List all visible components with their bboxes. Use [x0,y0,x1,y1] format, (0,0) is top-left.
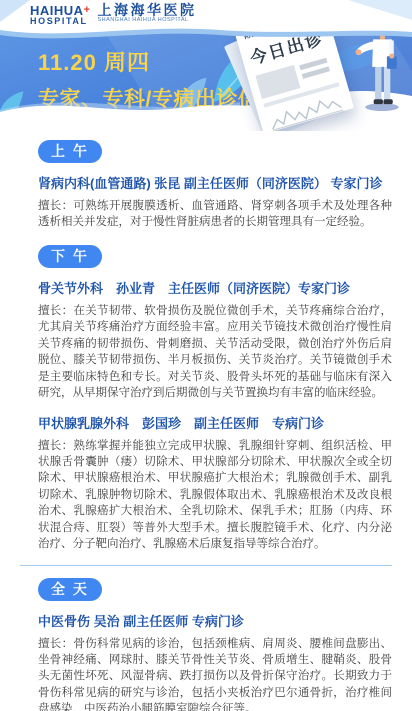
hospital-logo: HAIHUA+ HOSPITAL 上海海华医院 SHANGHAI HAIHUA … [30,4,197,26]
entry-desc: 擅长：熟练掌握并能独立完成甲状腺、乳腺细针穿刺、组织活检、甲状腺舌骨囊肿（瘘）切… [38,438,392,553]
entry-desc: 擅长：骨伤科常见病的诊治，包括颈椎病、肩周炎、腰椎间盘膨出、坐骨神经痛、网球肘、… [38,636,392,711]
logo-plus-icon: + [84,4,91,16]
poster: HAIHUA+ HOSPITAL 上海海华医院 SHANGHAI HAIHUA … [0,0,412,711]
entry: 骨关节外科 孙业青 主任医师（同济医院）专家门诊 擅长：在关节韧带、软骨损伤及脱… [38,278,392,402]
entry-title: 甲状腺乳腺外科 彭国珍 副主任医师 专病门诊 [38,413,392,432]
entry-desc: 擅长：在关节韧带、软骨损伤及脱位微创手术，关节疼痛综合治疗，尤其肩关节疼痛治疗方… [38,303,392,402]
entry-title: 中医骨伤 吴治 副主任医师 专病门诊 [38,611,392,630]
logo-cn: 上海海华医院 SHANGHAI HAIHUA HOSPITAL [98,4,197,24]
topbar-wave [0,26,412,48]
entry-desc: 擅长：可熟练开展腹膜透析、血管通路、肾穿刺各项手术及处理各种透析相关并发症，对于… [38,198,392,231]
time-badge-allday: 全 天 [38,578,102,601]
entry: 甲状腺乳腺外科 彭国珍 副主任医师 专病门诊 擅长：熟练掌握并能独立完成甲状腺、… [38,413,392,553]
logo-cn-sub: SHANGHAI HAIHUA HOSPITAL [98,17,197,24]
logo-cn-name: 上海海华医院 [98,4,197,17]
entry: 中医骨伤 吴治 副主任医师 专病门诊 擅长：骨伤科常见病的诊治，包括颈椎病、肩周… [38,611,392,711]
header-banner: HAIHUA+ HOSPITAL 上海海华医院 SHANGHAI HAIHUA … [0,0,412,131]
schedule-content: 上 午 肾病内科(血管通路) 张昆 副主任医师（同济医院） 专家门诊 擅长：可熟… [0,131,412,711]
logo-en: HAIHUA+ HOSPITAL [30,4,91,26]
section-afternoon: 下 午 骨关节外科 孙业青 主任医师（同济医院）专家门诊 擅长：在关节韧带、软骨… [38,245,392,553]
entry-title: 骨关节外科 孙业青 主任医师（同济医院）专家门诊 [38,278,392,297]
section-allday: 全 天 中医骨伤 吴治 副主任医师 专病门诊 擅长：骨伤科常见病的诊治，包括颈椎… [38,578,392,711]
section-morning: 上 午 肾病内科(血管通路) 张昆 副主任医师（同济医院） 专家门诊 擅长：可熟… [38,140,392,231]
entry: 肾病内科(血管通路) 张昆 副主任医师（同济医院） 专家门诊 擅长：可熟练开展腹… [38,173,392,231]
logo-hospital-text: HOSPITAL [30,17,91,26]
entry-title: 肾病内科(血管通路) 张昆 副主任医师（同济医院） 专家门诊 [38,173,392,192]
time-badge-afternoon: 下 午 [38,245,102,268]
time-badge-morning: 上 午 [38,140,102,163]
section-divider [20,565,392,566]
